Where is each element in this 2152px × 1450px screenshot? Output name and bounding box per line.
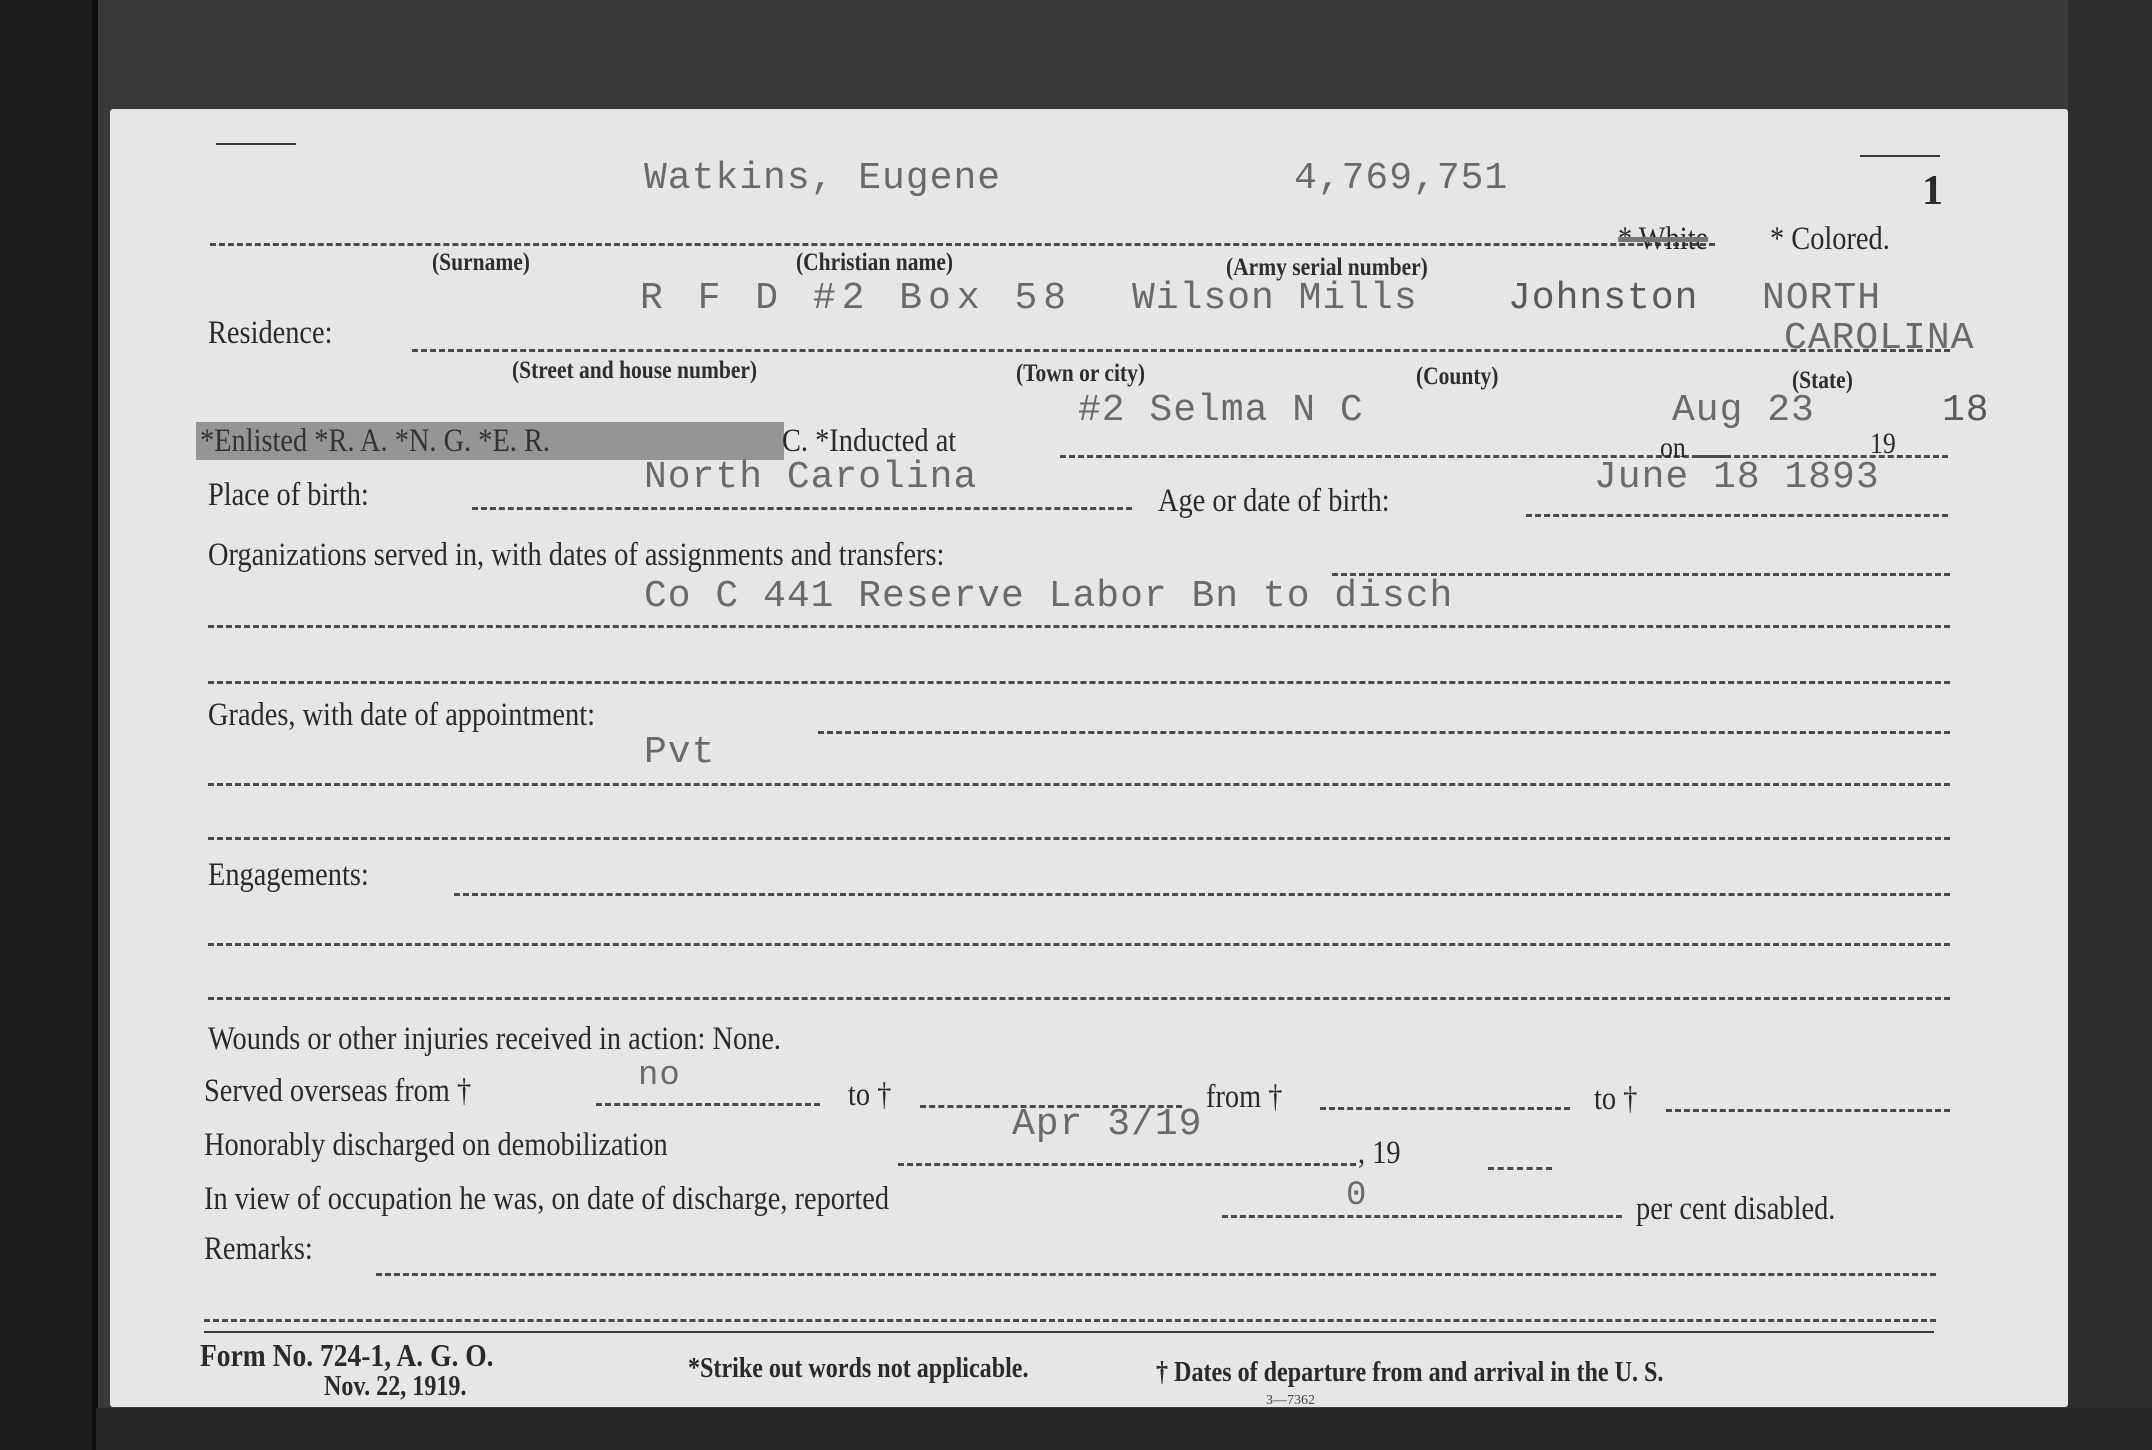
grades-label: Grades, with date of appointment:	[208, 697, 595, 734]
disability-value: 0	[1346, 1177, 1367, 1215]
top-right-rule	[1860, 155, 1940, 157]
overseas-from2-label: from †	[1206, 1079, 1282, 1116]
label-street: (Street and house number)	[512, 357, 757, 385]
discharge-year-label: , 19	[1358, 1135, 1401, 1172]
overseas-from2-line	[1320, 1107, 1570, 1110]
residence-town-value: Wilson Mills	[1132, 277, 1418, 320]
footer-rule	[204, 1331, 1934, 1333]
overseas-to2-line	[1666, 1109, 1950, 1112]
label-christian-name: (Christian name)	[796, 249, 953, 277]
race-white-text: * White	[1618, 221, 1708, 257]
birth-place-line	[472, 507, 1132, 510]
wounds-label: Wounds or other injuries received in act…	[208, 1021, 781, 1058]
form-date: Nov. 22, 1919.	[324, 1371, 466, 1403]
overseas-from-label: Served overseas from †	[204, 1073, 471, 1110]
grades-line-1	[818, 731, 1950, 734]
label-county: (County)	[1416, 363, 1498, 391]
residence-label: Residence:	[208, 315, 333, 352]
disability-suffix: per cent disabled.	[1636, 1191, 1835, 1228]
organizations-line-2	[208, 625, 1950, 628]
footnote-strike: *Strike out words not applicable.	[688, 1353, 1029, 1385]
label-surname: (Surname)	[432, 249, 530, 277]
page-number: 1	[1922, 167, 1943, 215]
overseas-to2-label: to †	[1594, 1081, 1637, 1118]
organizations-value: Co C 441 Reserve Labor Bn to disch	[644, 575, 1453, 618]
remarks-line-2	[204, 1319, 1936, 1322]
serial-number-value: 4,769,751	[1294, 157, 1508, 200]
birth-date-value: June 18 1893	[1594, 456, 1880, 499]
name-line	[210, 243, 1715, 246]
inducted-at-value: #2 Selma N C	[1078, 389, 1364, 432]
discharge-line	[898, 1163, 1356, 1166]
organizations-line-3	[208, 681, 1950, 684]
organizations-label: Organizations served in, with dates of a…	[208, 537, 944, 574]
remarks-label: Remarks:	[204, 1231, 313, 1268]
discharge-value: Apr 3/19	[1012, 1103, 1202, 1146]
scanner-bottom-edge	[96, 1408, 2152, 1450]
race-colored-label: * Colored.	[1770, 221, 1890, 258]
grades-line-3	[208, 837, 1950, 840]
disability-line	[1222, 1215, 1622, 1218]
footnote-dates: † Dates of departure from and arrival in…	[1156, 1357, 1663, 1389]
scanner-right-edge	[2068, 0, 2152, 1450]
birth-date-label: Age or date of birth:	[1158, 483, 1390, 520]
enlisted-options: *Enlisted *R. A. *N. G. *E. R.	[200, 423, 550, 460]
residence-state-line2: CAROLINA	[1784, 317, 1974, 360]
engagements-line-3	[208, 997, 1950, 1000]
overseas-to-label: to †	[848, 1077, 891, 1114]
label-town: (Town or city)	[1016, 360, 1145, 388]
birth-date-line	[1526, 514, 1948, 517]
overseas-from-line	[596, 1103, 820, 1106]
remarks-line-1	[376, 1273, 1936, 1276]
residence-state-line1: NORTH	[1762, 277, 1881, 320]
name-value: Watkins, Eugene	[644, 157, 1001, 200]
service-record-card: 1 Watkins, Eugene 4,769,751 * White * Co…	[110, 109, 2068, 1407]
form-number: Form No. 724-1, A. G. O.	[200, 1337, 494, 1374]
engagements-label: Engagements:	[208, 857, 369, 894]
grades-line-2	[208, 783, 1950, 786]
scanner-left-edge	[0, 0, 96, 1450]
engagements-line-2	[208, 943, 1950, 946]
induction-year-value: 18	[1942, 389, 1990, 432]
top-left-rule	[216, 143, 296, 145]
overseas-from-value: no	[638, 1057, 681, 1095]
induction-date-value: Aug 23	[1672, 389, 1815, 432]
discharge-year-line	[1488, 1167, 1552, 1170]
residence-street-value: R F D #2 Box 58	[640, 277, 1072, 320]
birth-place-value: North Carolina	[644, 456, 977, 499]
scanner-left-edge-shadow	[92, 0, 98, 1450]
residence-county-value: Johnston	[1508, 277, 1698, 320]
residence-line	[412, 349, 1950, 352]
print-code: 3—7362	[1266, 1393, 1315, 1409]
grades-value: Pvt	[644, 731, 715, 774]
birth-place-label: Place of birth:	[208, 477, 369, 514]
inducted-label: C. *Inducted at	[782, 423, 956, 460]
engagements-line-1	[454, 893, 1950, 896]
disability-label: In view of occupation he was, on date of…	[204, 1181, 889, 1218]
discharge-label: Honorably discharged on demobilization	[204, 1127, 668, 1164]
race-white-label: * White	[1618, 221, 1708, 258]
